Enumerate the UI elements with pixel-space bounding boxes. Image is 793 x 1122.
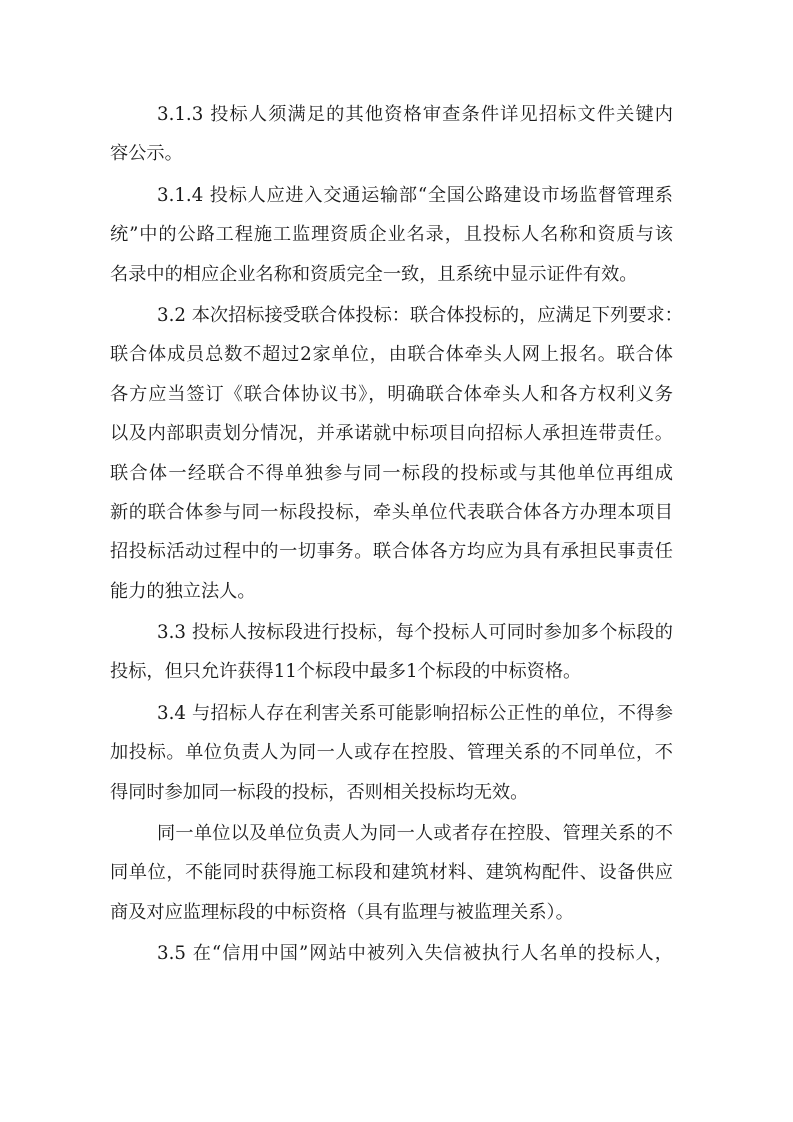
- text-line: 3.4 与招标人存在利害关系可能影响招标公正性的单位，不得参: [110, 699, 673, 738]
- text-line: 商及对应监理标段的中标资格（具有监理与被监理关系）。: [110, 898, 673, 937]
- text-line: 容公示。: [110, 139, 673, 178]
- paragraph-3-1-4: 3.1.4 投标人应进入交通运输部“全国公路建设市场监督管理系 统”中的公路工程…: [110, 181, 673, 299]
- paragraph-3-4-continued: 同一单位以及单位负责人为同一人或者存在控股、管理关系的不 同单位，不能同时获得施…: [110, 819, 673, 937]
- text-line: 同单位，不能同时获得施工标段和建筑材料、建筑构配件、设备供应: [110, 858, 673, 897]
- text-line: 3.5 在“信用中国”网站中被列入失信被执行人名单的投标人，: [110, 939, 673, 978]
- text-line: 新的联合体参与同一标段投标，牵头单位代表联合体各方办理本项目: [110, 498, 673, 537]
- paragraph-3-5: 3.5 在“信用中国”网站中被列入失信被执行人名单的投标人，: [110, 939, 673, 978]
- paragraph-3-4: 3.4 与招标人存在利害关系可能影响招标公正性的单位，不得参 加投标。单位负责人…: [110, 699, 673, 817]
- document-page: 3.1.3 投标人须满足的其他资格审查条件详见招标文件关键内 容公示。 3.1.…: [110, 100, 673, 979]
- text-line: 投标，但只允许获得11个标段中最多1个标段的中标资格。: [110, 657, 673, 696]
- paragraph-3-2: 3.2 本次招标接受联合体投标：联合体投标的，应满足下列要求： 联合体成员总数不…: [110, 301, 673, 616]
- text-line: 招投标活动过程中的一切事务。联合体各方均应为具有承担民事责任: [110, 537, 673, 576]
- text-line: 以及内部职责划分情况，并承诺就中标项目向招标人承担连带责任。: [110, 419, 673, 458]
- text-line: 3.3 投标人按标段进行投标，每个投标人可同时参加多个标段的: [110, 618, 673, 657]
- text-line: 3.1.4 投标人应进入交通运输部“全国公路建设市场监督管理系: [110, 181, 673, 220]
- paragraph-3-1-3: 3.1.3 投标人须满足的其他资格审查条件详见招标文件关键内 容公示。: [110, 100, 673, 179]
- text-line: 3.1.3 投标人须满足的其他资格审查条件详见招标文件关键内: [110, 100, 673, 139]
- text-line: 统”中的公路工程施工监理资质企业名录，且投标人名称和资质与该: [110, 220, 673, 259]
- text-line: 能力的独立法人。: [110, 577, 673, 616]
- text-line: 3.2 本次招标接受联合体投标：联合体投标的，应满足下列要求：: [110, 301, 673, 340]
- text-line: 联合体一经联合不得单独参与同一标段的投标或与其他单位再组成: [110, 459, 673, 498]
- text-line: 加投标。单位负责人为同一人或存在控股、管理关系的不同单位，不: [110, 738, 673, 777]
- text-line: 各方应当签订《联合体协议书》，明确联合体牵头人和各方权利义务: [110, 380, 673, 419]
- text-line: 名录中的相应企业名称和资质完全一致，且系统中显示证件有效。: [110, 260, 673, 299]
- text-line: 联合体成员总数不超过2家单位，由联合体牵头人网上报名。联合体: [110, 340, 673, 379]
- paragraph-3-3: 3.3 投标人按标段进行投标，每个投标人可同时参加多个标段的 投标，但只允许获得…: [110, 618, 673, 697]
- text-line: 同一单位以及单位负责人为同一人或者存在控股、管理关系的不: [110, 819, 673, 858]
- text-line: 得同时参加同一标段的投标，否则相关投标均无效。: [110, 778, 673, 817]
